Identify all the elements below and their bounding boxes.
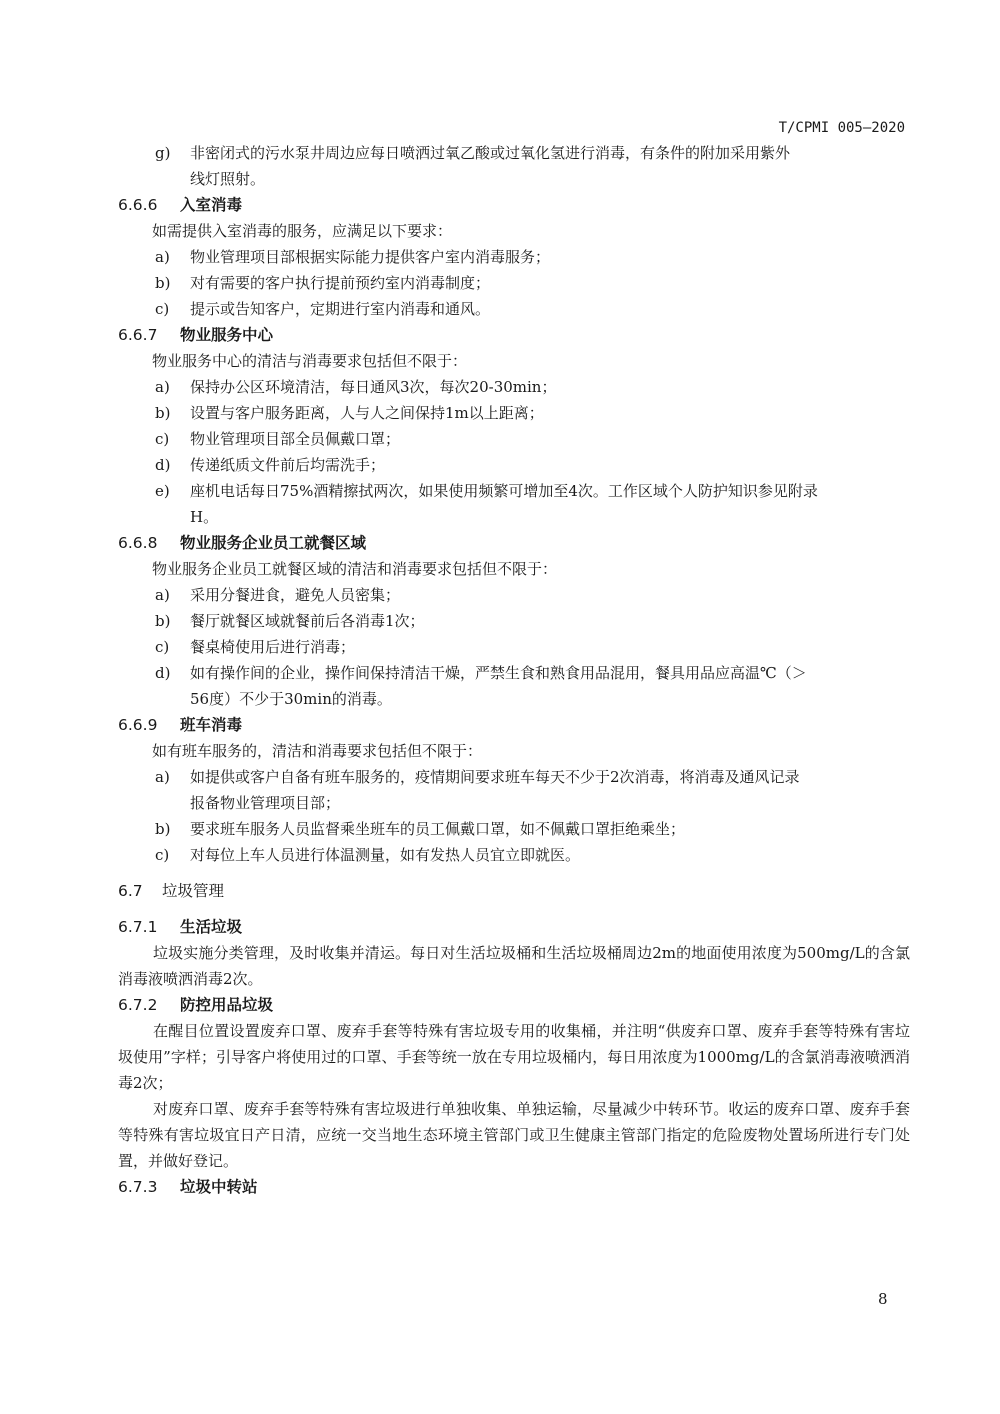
list-marker: a) bbox=[155, 764, 170, 790]
list-item-text: 线灯照射。 bbox=[190, 166, 910, 192]
section-number: 6.6.8 bbox=[118, 530, 180, 556]
section-heading-6-7: 6.7垃圾管理 bbox=[118, 878, 910, 904]
section-number: 6.7 bbox=[118, 878, 162, 904]
list-item-text: 提示或告知客户，定期进行室内消毒和通风。 bbox=[190, 300, 490, 318]
list-item-text: 座机电话每日75%酒精擦拭两次，如果使用频繁可增加至4次。工作区域个人防护知识参… bbox=[190, 478, 910, 504]
list-item-text: 餐桌椅使用后进行消毒； bbox=[190, 638, 355, 656]
list-marker: a) bbox=[155, 582, 170, 608]
section-intro: 物业服务中心的清洁与消毒要求包括但不限于： bbox=[118, 348, 910, 374]
section-number: 6.7.1 bbox=[118, 914, 180, 940]
paragraph: 垃圾实施分类管理，及时收集并清运。每日对生活垃圾桶和生活垃圾桶周边2m的地面使用… bbox=[118, 940, 910, 992]
list-item-text: 物业管理项目部根据实际能力提供客户室内消毒服务； bbox=[190, 248, 550, 266]
section-heading-6-7-1: 6.7.1生活垃圾 bbox=[118, 914, 910, 940]
list-item-g: g) 非密闭式的污水泵井周边应每日喷洒过氧乙酸或过氧化氢进行消毒，有条件的附加采… bbox=[118, 140, 910, 192]
list-marker: a) bbox=[155, 244, 170, 270]
list-marker: a) bbox=[155, 374, 170, 400]
list-item-text: 如提供或客户自备有班车服务的，疫情期间要求班车每天不少于2次消毒，将消毒及通风记… bbox=[190, 764, 910, 790]
section-title: 班车消毒 bbox=[180, 716, 242, 734]
list-marker: e) bbox=[155, 478, 170, 504]
section-number: 6.7.3 bbox=[118, 1174, 180, 1200]
list-item-text: 传递纸质文件前后均需洗手； bbox=[190, 456, 385, 474]
section-title: 物业服务企业员工就餐区域 bbox=[180, 534, 366, 552]
section-number: 6.7.2 bbox=[118, 992, 180, 1018]
list-item: e) 座机电话每日75%酒精擦拭两次，如果使用频繁可增加至4次。工作区域个人防护… bbox=[118, 478, 910, 530]
section-heading-6-7-2: 6.7.2防控用品垃圾 bbox=[118, 992, 910, 1018]
list-item-text: 对每位上车人员进行体温测量，如有发热人员宜立即就医。 bbox=[190, 846, 580, 864]
list-item: a)保持办公区环境清洁，每日通风3次，每次20-30min； bbox=[118, 374, 910, 400]
list-marker: d) bbox=[155, 452, 170, 478]
list-marker: b) bbox=[155, 400, 170, 426]
list-marker: b) bbox=[155, 608, 170, 634]
list-item: d)传递纸质文件前后均需洗手； bbox=[118, 452, 910, 478]
list-item: b)要求班车服务人员监督乘坐班车的员工佩戴口罩，如不佩戴口罩拒绝乘坐； bbox=[118, 816, 910, 842]
section-heading-6-6-8: 6.6.8物业服务企业员工就餐区域 bbox=[118, 530, 910, 556]
list-marker: c) bbox=[155, 842, 169, 868]
section-intro: 如有班车服务的，清洁和消毒要求包括但不限于： bbox=[118, 738, 910, 764]
section-title: 垃圾管理 bbox=[162, 882, 224, 900]
list-marker: b) bbox=[155, 816, 170, 842]
list-item-text: 餐厅就餐区域就餐前后各消毒1次； bbox=[190, 612, 425, 630]
list-item: b)对有需要的客户执行提前预约室内消毒制度； bbox=[118, 270, 910, 296]
page-number: 8 bbox=[878, 1290, 888, 1308]
section-heading-6-6-9: 6.6.9班车消毒 bbox=[118, 712, 910, 738]
paragraph: 对废弃口罩、废弃手套等特殊有害垃圾进行单独收集、单独运输，尽量减少中转环节。收运… bbox=[118, 1096, 910, 1174]
list-item-text: 如有操作间的企业，操作间保持清洁干燥，严禁生食和熟食用品混用，餐具用品应高温℃（… bbox=[190, 660, 910, 686]
list-item-text: 56度）不少于30min的消毒。 bbox=[190, 686, 910, 712]
list-item-text: 设置与客户服务距离，人与人之间保持1m以上距离； bbox=[190, 404, 544, 422]
page-content: g) 非密闭式的污水泵井周边应每日喷洒过氧乙酸或过氧化氢进行消毒，有条件的附加采… bbox=[118, 140, 910, 1200]
section-intro: 物业服务企业员工就餐区域的清洁和消毒要求包括但不限于： bbox=[118, 556, 910, 582]
list-item: c)提示或告知客户，定期进行室内消毒和通风。 bbox=[118, 296, 910, 322]
list-item: c)餐桌椅使用后进行消毒； bbox=[118, 634, 910, 660]
section-number: 6.6.9 bbox=[118, 712, 180, 738]
section-heading-6-6-7: 6.6.7物业服务中心 bbox=[118, 322, 910, 348]
section-number: 6.6.6 bbox=[118, 192, 180, 218]
section-title: 生活垃圾 bbox=[180, 918, 242, 936]
list-item-text: 报备物业管理项目部； bbox=[190, 790, 910, 816]
list-item: a)采用分餐进食，避免人员密集； bbox=[118, 582, 910, 608]
list-item-text: 要求班车服务人员监督乘坐班车的员工佩戴口罩，如不佩戴口罩拒绝乘坐； bbox=[190, 820, 685, 838]
list-item: b)餐厅就餐区域就餐前后各消毒1次； bbox=[118, 608, 910, 634]
list-item: d) 如有操作间的企业，操作间保持清洁干燥，严禁生食和熟食用品混用，餐具用品应高… bbox=[118, 660, 910, 712]
list-marker: c) bbox=[155, 426, 169, 452]
list-item-text: H。 bbox=[190, 504, 910, 530]
list-item: c)物业管理项目部全员佩戴口罩； bbox=[118, 426, 910, 452]
list-item-text: 非密闭式的污水泵井周边应每日喷洒过氧乙酸或过氧化氢进行消毒，有条件的附加采用紫外 bbox=[190, 140, 910, 166]
section-number: 6.6.7 bbox=[118, 322, 180, 348]
section-intro: 如需提供入室消毒的服务，应满足以下要求： bbox=[118, 218, 910, 244]
list-marker: g) bbox=[155, 140, 170, 166]
section-title: 垃圾中转站 bbox=[180, 1178, 258, 1196]
section-heading-6-6-6: 6.6.6入室消毒 bbox=[118, 192, 910, 218]
list-item: a) 如提供或客户自备有班车服务的，疫情期间要求班车每天不少于2次消毒，将消毒及… bbox=[118, 764, 910, 816]
list-marker: b) bbox=[155, 270, 170, 296]
section-title: 入室消毒 bbox=[180, 196, 242, 214]
section-title: 防控用品垃圾 bbox=[180, 996, 273, 1014]
list-item-text: 物业管理项目部全员佩戴口罩； bbox=[190, 430, 400, 448]
list-item: c)对每位上车人员进行体温测量，如有发热人员宜立即就医。 bbox=[118, 842, 910, 868]
list-item-text: 保持办公区环境清洁，每日通风3次，每次20-30min； bbox=[190, 378, 556, 396]
document-id: T/CPMI 005—2020 bbox=[779, 120, 905, 136]
section-title: 物业服务中心 bbox=[180, 326, 273, 344]
list-marker: d) bbox=[155, 660, 170, 686]
list-marker: c) bbox=[155, 634, 169, 660]
list-marker: c) bbox=[155, 296, 169, 322]
list-item: b)设置与客户服务距离，人与人之间保持1m以上距离； bbox=[118, 400, 910, 426]
paragraph: 在醒目位置设置废弃口罩、废弃手套等特殊有害垃圾专用的收集桶，并注明“供废弃口罩、… bbox=[118, 1018, 910, 1096]
list-item-text: 对有需要的客户执行提前预约室内消毒制度； bbox=[190, 274, 490, 292]
section-heading-6-7-3: 6.7.3垃圾中转站 bbox=[118, 1174, 910, 1200]
document-page: T/CPMI 005—2020 g) 非密闭式的污水泵井周边应每日喷洒过氧乙酸或… bbox=[0, 0, 1000, 1414]
list-item: a)物业管理项目部根据实际能力提供客户室内消毒服务； bbox=[118, 244, 910, 270]
list-item-text: 采用分餐进食，避免人员密集； bbox=[190, 586, 400, 604]
